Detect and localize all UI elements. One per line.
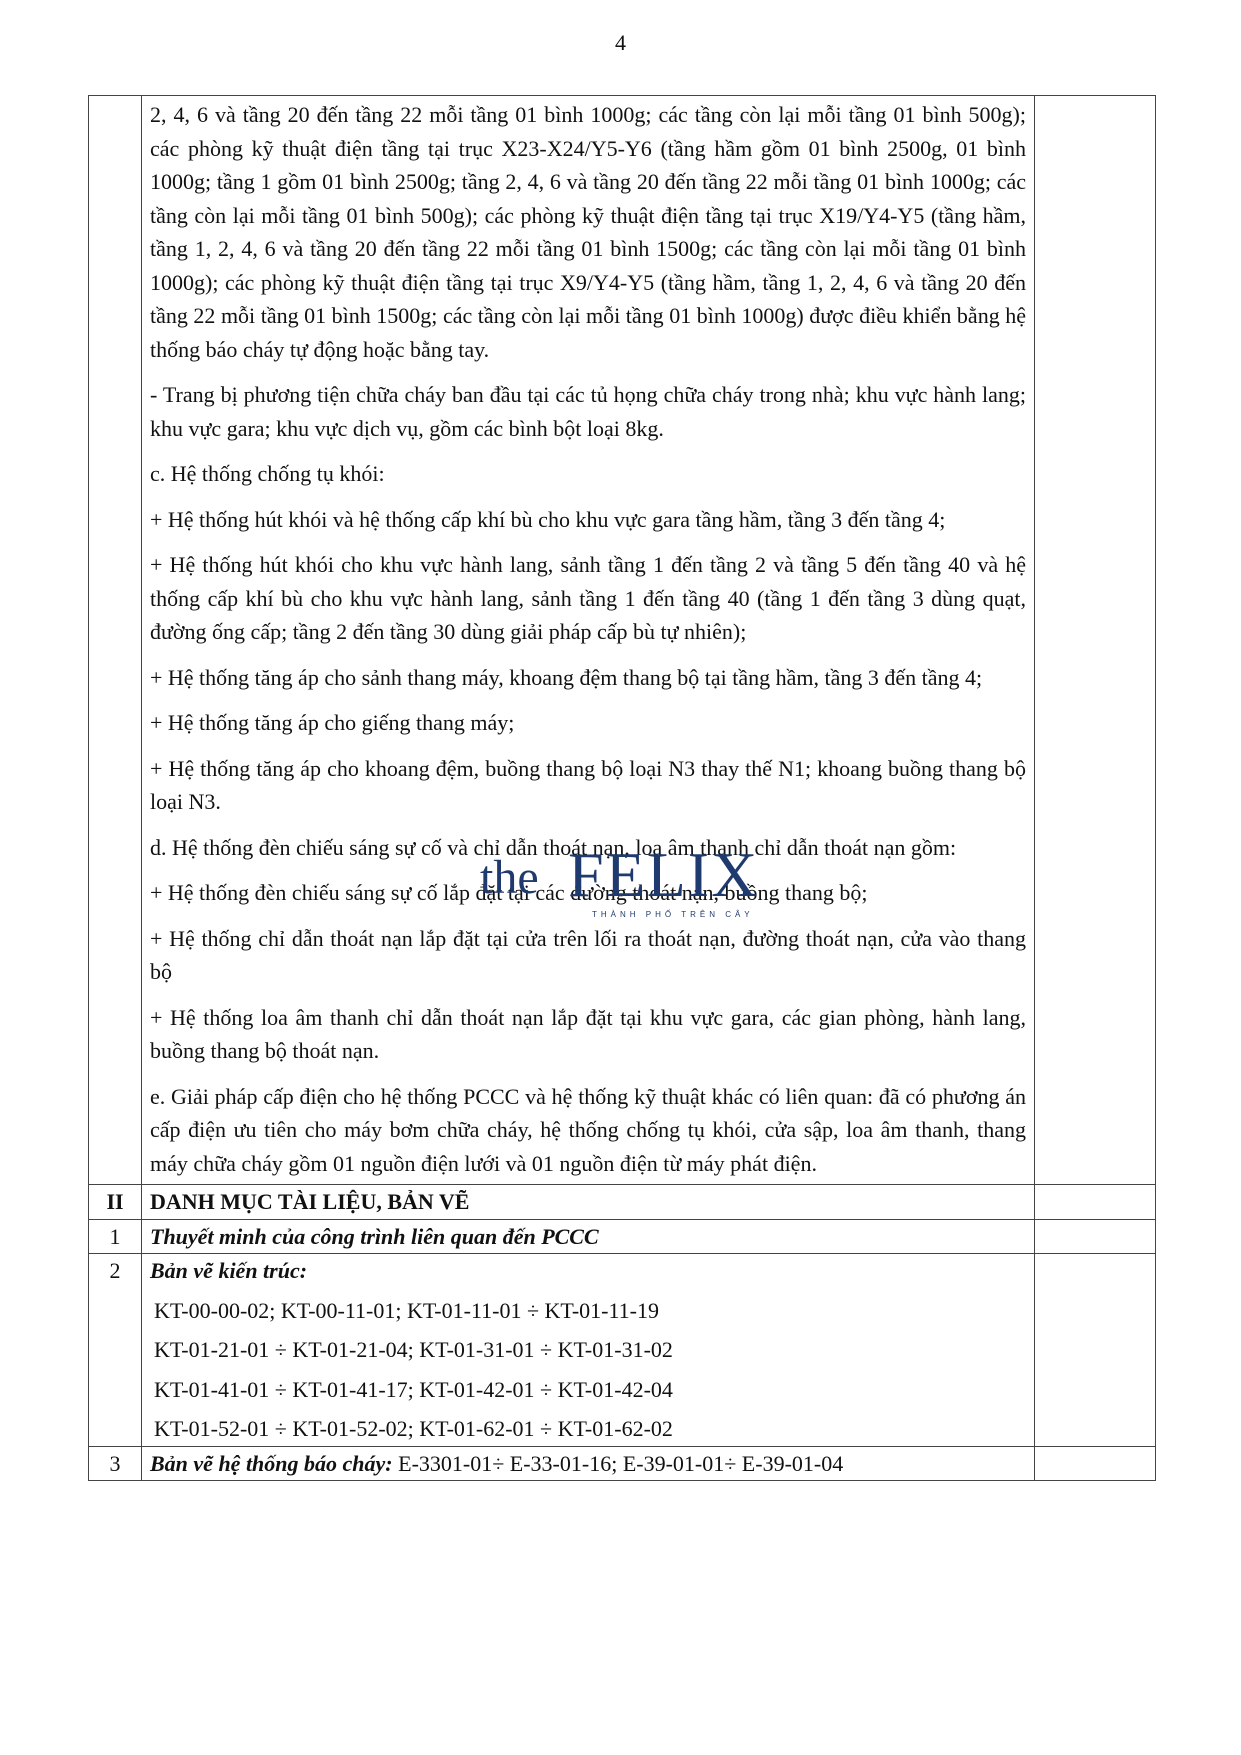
table-row: 2, 4, 6 và tầng 20 đến tầng 22 mỗi tầng … (89, 96, 1156, 1185)
paragraph: + Hệ thống tăng áp cho khoang đệm, buồng… (150, 752, 1026, 819)
section-number: II (89, 1185, 142, 1220)
row-number-cell (89, 96, 142, 1185)
paragraph: + Hệ thống hút khói cho khu vực hành lan… (150, 548, 1026, 649)
paragraph: 2, 4, 6 và tầng 20 đến tầng 22 mỗi tầng … (150, 98, 1026, 366)
document-table: 2, 4, 6 và tầng 20 đến tầng 22 mỗi tầng … (88, 95, 1156, 1481)
paragraph: + Hệ thống hút khói và hệ thống cấp khí … (150, 503, 1026, 537)
notes-cell (1035, 96, 1156, 1185)
drawing-ref: KT-01-21-01 ÷ KT-01-21-04; KT-01-31-01 ÷… (150, 1333, 1026, 1367)
item-title: Bản vẽ kiến trúc: (150, 1254, 1026, 1288)
item-number: 3 (89, 1446, 142, 1481)
item-number: 1 (89, 1219, 142, 1254)
paragraph: + Hệ thống đèn chiếu sáng sự cố lắp đặt … (150, 876, 1026, 910)
heading-d: d. Hệ thống đèn chiếu sáng sự cố và chỉ … (150, 831, 1026, 865)
paragraph: + Hệ thống tăng áp cho giếng thang máy; (150, 706, 1026, 740)
drawing-ref: KT-00-00-02; KT-00-11-01; KT-01-11-01 ÷ … (150, 1294, 1026, 1328)
item-title: Thuyết minh của công trình liên quan đến… (142, 1219, 1035, 1254)
item-content: Bản vẽ hệ thống báo cháy: E-3301-01÷ E-3… (142, 1446, 1035, 1481)
table-row: 2 Bản vẽ kiến trúc: KT-00-00-02; KT-00-1… (89, 1254, 1156, 1447)
item-title: Bản vẽ hệ thống báo cháy: (150, 1451, 393, 1476)
paragraph: + Hệ thống tăng áp cho sảnh thang máy, k… (150, 661, 1026, 695)
table-row: 1 Thuyết minh của công trình liên quan đ… (89, 1219, 1156, 1254)
heading-e: e. Giải pháp cấp điện cho hệ thống PCCC … (150, 1080, 1026, 1181)
drawing-ref: KT-01-41-01 ÷ KT-01-41-17; KT-01-42-01 ÷… (150, 1373, 1026, 1407)
content-cell: 2, 4, 6 và tầng 20 đến tầng 22 mỗi tầng … (142, 96, 1035, 1185)
paragraph: + Hệ thống loa âm thanh chỉ dẫn thoát nạ… (150, 1001, 1026, 1068)
heading-c: c. Hệ thống chống tụ khói: (150, 457, 1026, 491)
paragraph: + Hệ thống chỉ dẫn thoát nạn lắp đặt tại… (150, 922, 1026, 989)
notes-cell (1035, 1185, 1156, 1220)
drawing-ref: KT-01-52-01 ÷ KT-01-52-02; KT-01-62-01 ÷… (150, 1412, 1026, 1446)
notes-cell (1035, 1254, 1156, 1447)
table-row: 3 Bản vẽ hệ thống báo cháy: E-3301-01÷ E… (89, 1446, 1156, 1481)
paragraph: - Trang bị phương tiện chữa cháy ban đầu… (150, 378, 1026, 445)
item-number: 2 (89, 1254, 142, 1447)
item-content: Bản vẽ kiến trúc: KT-00-00-02; KT-00-11-… (142, 1254, 1035, 1447)
notes-cell (1035, 1446, 1156, 1481)
drawing-ref: E-3301-01÷ E-33-01-16; E-39-01-01÷ E-39-… (393, 1451, 844, 1476)
page-number: 4 (0, 30, 1241, 56)
table-row: II DANH MỤC TÀI LIỆU, BẢN VẼ (89, 1185, 1156, 1220)
notes-cell (1035, 1219, 1156, 1254)
section-title: DANH MỤC TÀI LIỆU, BẢN VẼ (142, 1185, 1035, 1220)
